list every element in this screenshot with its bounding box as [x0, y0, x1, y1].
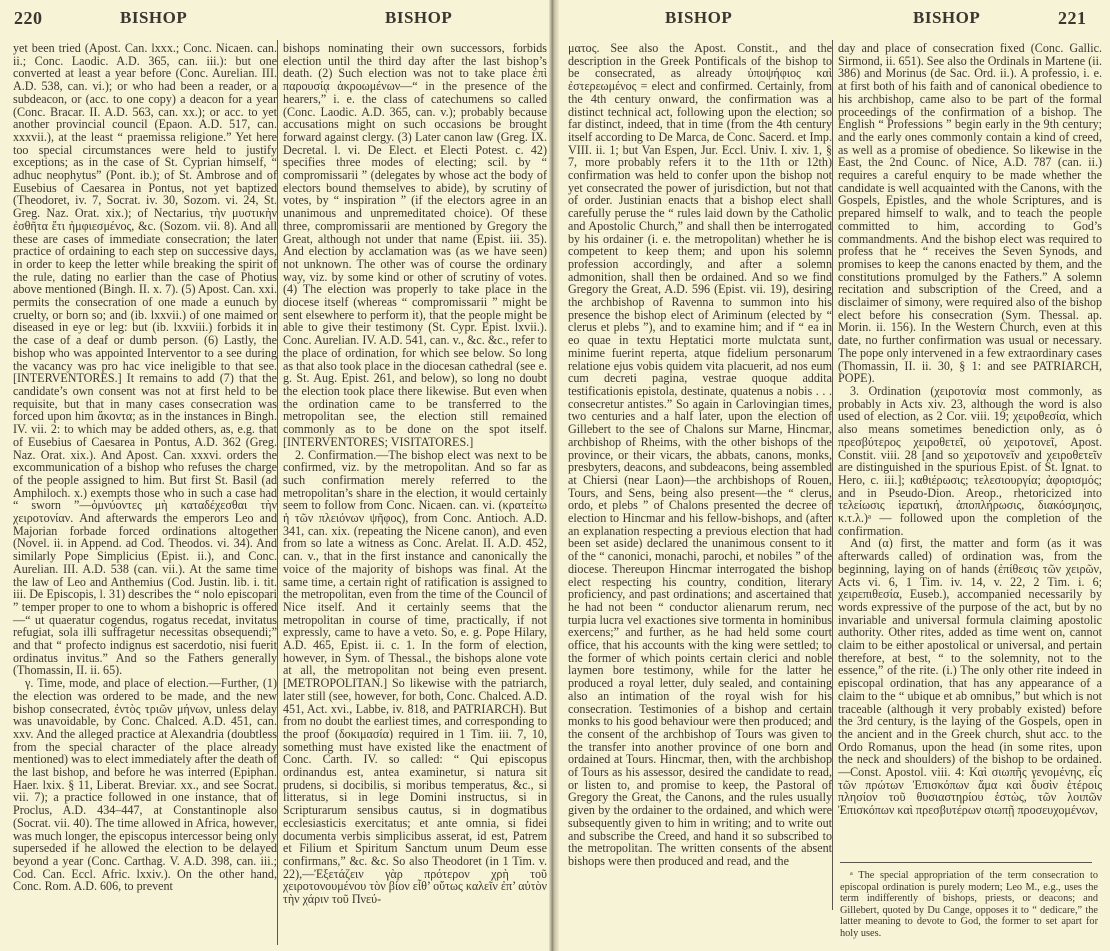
- text-column-4: day and place of consecration fixed (Con…: [838, 42, 1102, 817]
- running-head: BISHOP: [385, 8, 452, 28]
- page-number-left: 220: [14, 8, 43, 29]
- footnote-rule: [840, 862, 1092, 863]
- paragraph: bishops nominating their own successors,…: [283, 42, 547, 449]
- column-rule: [832, 40, 833, 910]
- running-head: BISHOP: [913, 8, 980, 28]
- running-head: BISHOP: [665, 8, 732, 28]
- paragraph: And (α) first, the matter and form (as i…: [838, 537, 1102, 816]
- text-column-2: bishops nominating their own successors,…: [283, 42, 547, 906]
- text-column-1: yet been tried (Apost. Can. lxxx.; Conc.…: [13, 42, 277, 893]
- paragraph: day and place of consecration fixed (Con…: [838, 42, 1102, 385]
- paragraph: ματος. See also the Apost. Constit., and…: [568, 42, 832, 868]
- left-page-header: 220 BISHOP BISHOP: [0, 8, 552, 32]
- page-number-right: 221: [1058, 8, 1087, 29]
- text-column-3: ματος. See also the Apost. Constit., and…: [568, 42, 832, 868]
- paragraph: 2. Confirmation.—The bishop elect was ne…: [283, 449, 547, 906]
- right-page: BISHOP BISHOP 221 ματος. See also the Ap…: [558, 0, 1110, 951]
- right-page-header: BISHOP BISHOP 221: [558, 8, 1110, 32]
- paragraph: yet been tried (Apost. Can. lxxx.; Conc.…: [13, 42, 277, 677]
- left-page: 220 BISHOP BISHOP yet been tried (Apost.…: [0, 0, 552, 951]
- paragraph: 3. Ordination (χειροτονία most commonly,…: [838, 385, 1102, 537]
- footnote: ᵃ The special appropriation of the term …: [840, 870, 1098, 940]
- column-rule: [277, 40, 278, 945]
- paragraph: γ. Time, mode, and place of election.—Fu…: [13, 677, 277, 893]
- running-head: BISHOP: [120, 8, 187, 28]
